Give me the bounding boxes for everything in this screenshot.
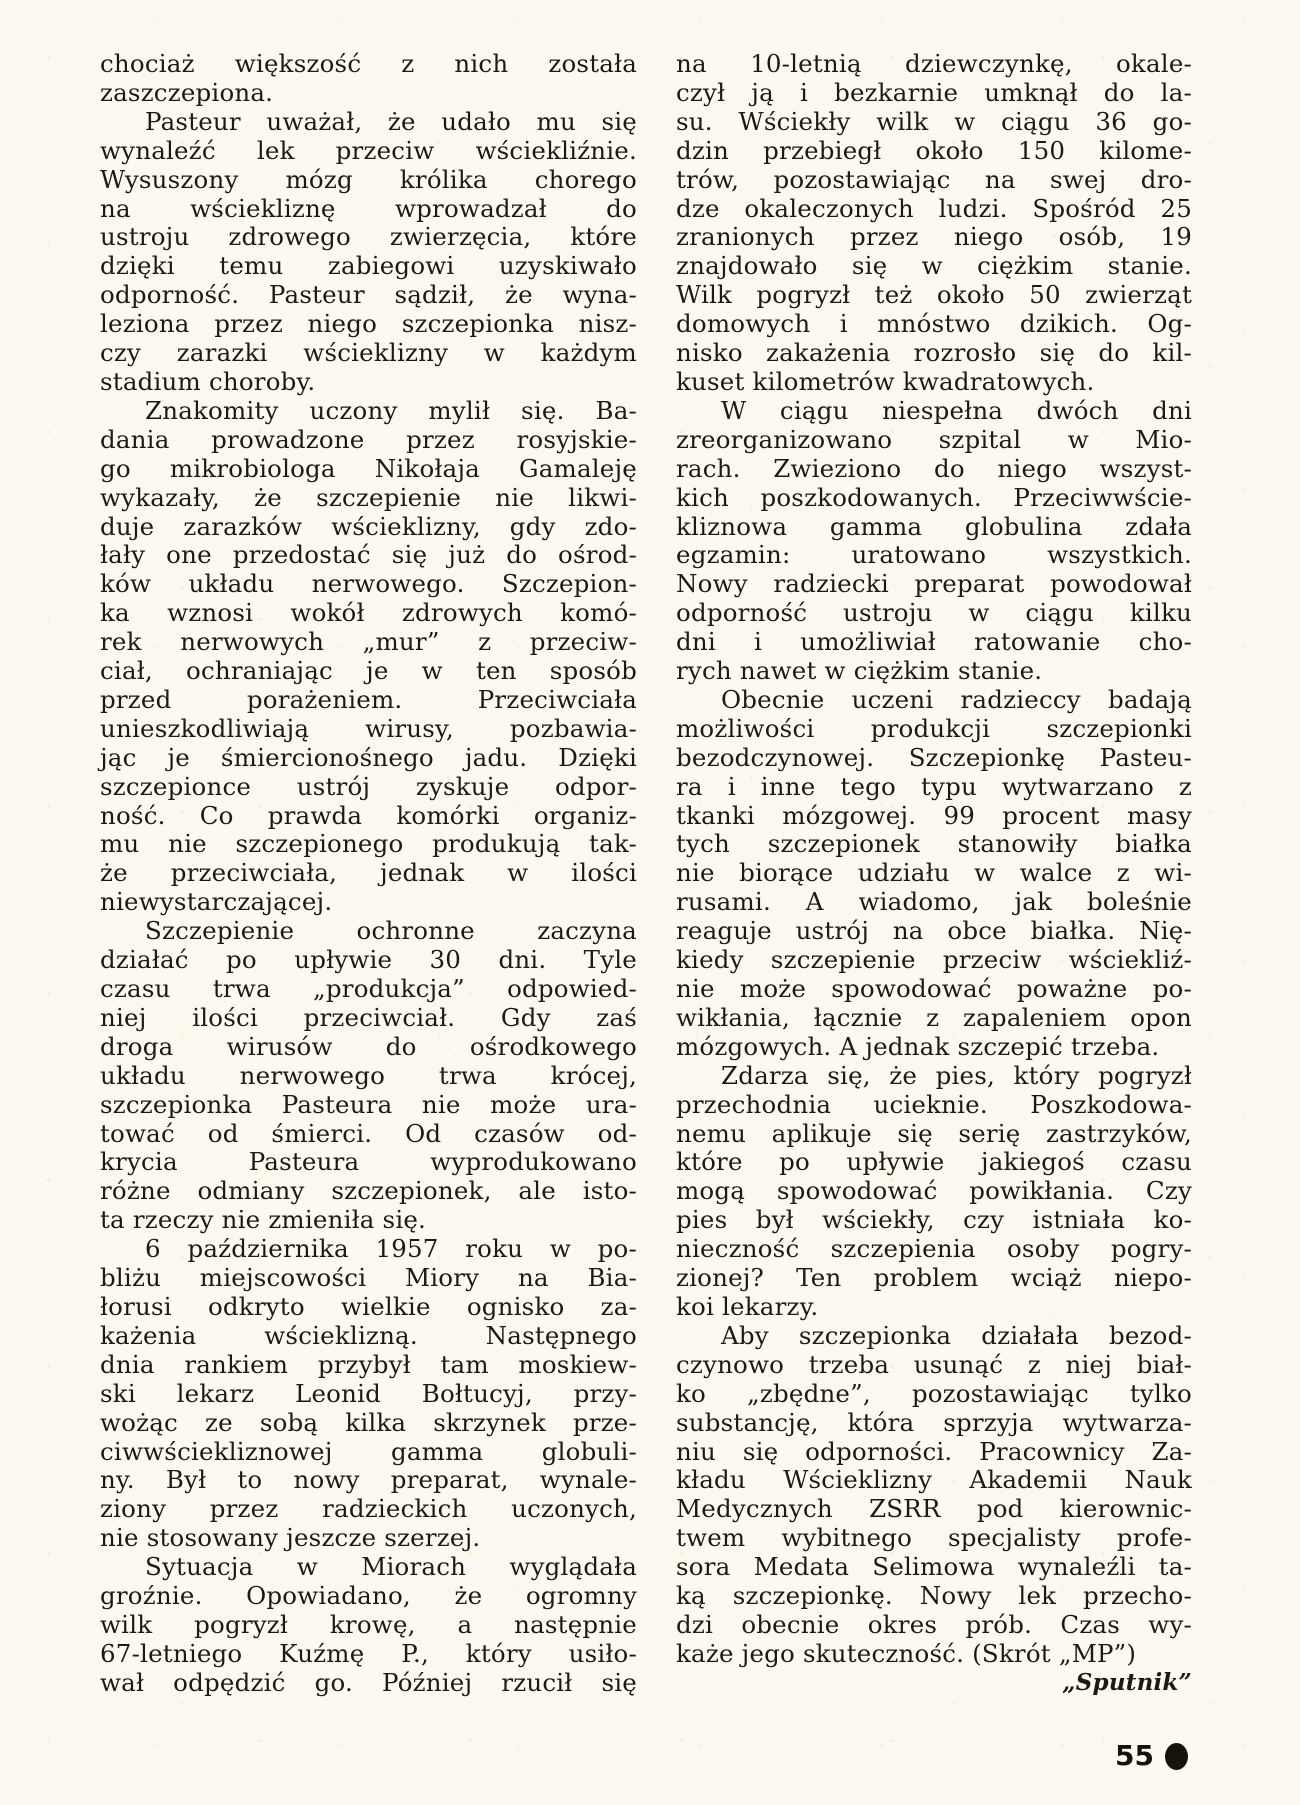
text-line: szczepionce ustrój zyskuje odpor-	[100, 773, 637, 802]
text-line: jąc je śmiercionośnego jadu. Dzięki	[100, 744, 637, 773]
text-line: su. Wściekły wilk w ciągu 36 go-	[676, 108, 1192, 137]
text-line: nie biorące udziału w walce z wi-	[676, 859, 1192, 888]
text-line: ność. Co prawda komórki organiz-	[100, 802, 637, 831]
text-line: ustroju zdrowego zwierzęcia, które	[100, 223, 637, 252]
text-line: dzin przebiegł około 150 kilome-	[676, 137, 1192, 166]
text-line: odporność ustroju w ciągu kilku	[676, 599, 1192, 628]
text-line: Sytuacja w Miorach wyglądała	[100, 1553, 637, 1582]
page-number: 55	[1115, 1742, 1154, 1770]
text-line: bliżu miejscowości Miory na Bia-	[100, 1264, 637, 1293]
text-line: zreorganizowano szpital w Mio-	[676, 426, 1192, 455]
text-line: łorusi odkryto wielkie ognisko za-	[100, 1293, 637, 1322]
text-column-right: na 10-letnią dziewczynkę, okale-czył ją …	[676, 50, 1192, 1698]
text-line: ra i inne tego typu wytwarzano z	[676, 773, 1192, 802]
magazine-page: chociaż większość z nich zostałazaszczep…	[0, 0, 1300, 1805]
text-line: sora Medata Selimowa wynaleźli ta-	[676, 1553, 1192, 1582]
text-line: czynowo trzeba usunąć z niej biał-	[676, 1351, 1192, 1380]
text-line: chociaż większość z nich została	[100, 50, 637, 79]
text-line: Medycznych ZSRR pod kierownic-	[676, 1495, 1192, 1524]
text-line: koi lekarzy.	[676, 1293, 1192, 1322]
text-line: Zdarza się, że pies, który pogryzł	[676, 1062, 1192, 1091]
text-line: różne odmiany szczepionek, ale isto-	[100, 1177, 637, 1206]
text-line: nie może spowodować poważne po-	[676, 975, 1192, 1004]
text-line: W ciągu niespełna dwóch dni	[676, 397, 1192, 426]
text-line: przed porażeniem. Przeciwciała	[100, 686, 637, 715]
text-line: ciwwściekliznowej gamma globuli-	[100, 1438, 637, 1467]
text-line: kliznowa gamma globulina zdała	[676, 513, 1192, 542]
text-line: domowych i mnóstwo dzikich. Og-	[676, 310, 1192, 339]
text-line: Pasteur uważał, że udało mu się	[100, 108, 637, 137]
text-line: Aby szczepionka działała bezod-	[676, 1322, 1192, 1351]
text-line: pies był wściekły, czy istniała ko-	[676, 1206, 1192, 1235]
text-line: rach. Zwieziono do niego wszyst-	[676, 455, 1192, 484]
text-line: układu nerwowego trwa krócej,	[100, 1062, 637, 1091]
text-line: mózgowych. A jednak szczepić trzeba.	[676, 1033, 1192, 1062]
text-line: wilk pogryzł krowę, a następnie	[100, 1611, 637, 1640]
text-line: tkanki mózgowej. 99 procent masy	[676, 802, 1192, 831]
text-line: duje zarazków wścieklizny, gdy zdo-	[100, 513, 637, 542]
text-line: na 10-letnią dziewczynkę, okale-	[676, 50, 1192, 79]
text-line: reaguje ustrój na obce białka. Nię-	[676, 917, 1192, 946]
text-line: kich poszkodowanych. Przeciwwście-	[676, 484, 1192, 513]
text-line: bezodczynowej. Szczepionkę Pasteu-	[676, 744, 1192, 773]
text-line: wikłania, łącznie z zapaleniem opon	[676, 1004, 1192, 1033]
text-line: krycia Pasteura wyprodukowano	[100, 1148, 637, 1177]
text-line: ka wznosi wokół zdrowych komó-	[100, 599, 637, 628]
text-line: rych nawet w ciężkim stanie.	[676, 657, 1192, 686]
text-line: rusami. A wiadomo, jak boleśnie	[676, 888, 1192, 917]
text-line: substancję, która sprzyja wytwarza-	[676, 1409, 1192, 1438]
text-line: nisko zakażenia rozrosło się do kil-	[676, 339, 1192, 368]
text-line: unieszkodliwiają wirusy, pozbawia-	[100, 715, 637, 744]
text-line: czy zarazki wścieklizny w każdym	[100, 339, 637, 368]
text-line: Nowy radziecki preparat powodował	[676, 570, 1192, 599]
text-line: 67-letniego Kuźmę P., który usiło-	[100, 1640, 637, 1669]
text-line: każenia wścieklizną. Następnego	[100, 1322, 637, 1351]
text-line: działać po upływie 30 dni. Tyle	[100, 946, 637, 975]
text-line: nemu aplikuje się serię zastrzyków,	[676, 1120, 1192, 1149]
text-line: stadium choroby.	[100, 368, 637, 397]
text-line: dzięki temu zabiegowi uzyskiwało	[100, 252, 637, 281]
text-line: czył ją i bezkarnie umknął do la-	[676, 79, 1192, 108]
text-line: znajdowało się w ciężkim stanie.	[676, 252, 1192, 281]
text-line: 6 października 1957 roku w po-	[100, 1235, 637, 1264]
text-line: rek nerwowych „mur” z przeciw-	[100, 628, 637, 657]
text-line: Obecnie uczeni radzieccy badają	[676, 686, 1192, 715]
text-line: ta rzeczy nie zmieniła się.	[100, 1206, 637, 1235]
page-footer: 55	[1115, 1742, 1188, 1770]
text-line: niu się odporności. Pracownicy Za-	[676, 1438, 1192, 1467]
text-line: ką szczepionkę. Nowy lek przecho-	[676, 1582, 1192, 1611]
text-line: leziona przez niego szczepionka nisz-	[100, 310, 637, 339]
text-line: na wściekliznę wprowadzał do	[100, 195, 637, 224]
text-line: kiedy szczepienie przeciw wściekliź-	[676, 946, 1192, 975]
text-line: Wilk pogryzł też około 50 zwierząt	[676, 281, 1192, 310]
text-line: odporność. Pasteur sądził, że wyna-	[100, 281, 637, 310]
attribution-line: „Sputnik”	[676, 1669, 1192, 1698]
text-line: zranionych przez niego osób, 19	[676, 223, 1192, 252]
text-line: przechodnia ucieknie. Poszkodowa-	[676, 1091, 1192, 1120]
text-line: droga wirusów do ośrodkowego	[100, 1033, 637, 1062]
text-line: ny. Był to nowy preparat, wynale-	[100, 1466, 637, 1495]
text-line: zaszczepiona.	[100, 79, 637, 108]
text-line: groźnie. Opowiadano, że ogromny	[100, 1582, 637, 1611]
text-line: niej ilości przeciwciał. Gdy zaś	[100, 1004, 637, 1033]
page-marker-dot	[1165, 1743, 1188, 1770]
text-line: ski lekarz Leonid Bołtucyj, przy-	[100, 1380, 637, 1409]
text-line: ków układu nerwowego. Szczepion-	[100, 570, 637, 599]
text-line: trów, pozostawiając na swej dro-	[676, 166, 1192, 195]
text-line: Znakomity uczony mylił się. Ba-	[100, 397, 637, 426]
text-line: dania prowadzone przez rosyjskie-	[100, 426, 637, 455]
text-line: nieczność szczepienia osoby pogry-	[676, 1235, 1192, 1264]
text-line: wynaleźć lek przeciw wściekliźnie.	[100, 137, 637, 166]
text-line: dni i umożliwiał ratowanie cho-	[676, 628, 1192, 657]
text-line: dnia rankiem przybył tam moskiew-	[100, 1351, 637, 1380]
text-line: dze okaleczonych ludzi. Spośród 25	[676, 195, 1192, 224]
text-line: które po upływie jakiegoś czasu	[676, 1148, 1192, 1177]
text-line: szczepionka Pasteura nie może ura-	[100, 1091, 637, 1120]
text-line: kładu Wścieklizny Akademii Nauk	[676, 1466, 1192, 1495]
text-line: go mikrobiologa Nikołaja Gamaleję	[100, 455, 637, 484]
text-line: ziony przez radzieckich uczonych,	[100, 1495, 637, 1524]
text-line: czasu trwa „produkcja” odpowied-	[100, 975, 637, 1004]
text-line: że przeciwciała, jednak w ilości	[100, 859, 637, 888]
text-line: mu nie szczepionego produkują tak-	[100, 830, 637, 859]
text-line: kuset kilometrów kwadratowych.	[676, 368, 1192, 397]
text-line: ko „zbędne”, pozostawiając tylko	[676, 1380, 1192, 1409]
text-line: zionej? Ten problem wciąż niepo-	[676, 1264, 1192, 1293]
text-line: tych szczepionek stanowiły białka	[676, 830, 1192, 859]
text-line: dzi obecnie okres prób. Czas wy-	[676, 1611, 1192, 1640]
text-column-left: chociaż większość z nich zostałazaszczep…	[100, 50, 637, 1698]
text-line: możliwości produkcji szczepionki	[676, 715, 1192, 744]
text-line: ciał, ochraniając je w ten sposób	[100, 657, 637, 686]
text-line: mogą spowodować powikłania. Czy	[676, 1177, 1192, 1206]
text-line: nie stosowany jeszcze szerzej.	[100, 1524, 637, 1553]
text-line: wał odpędzić go. Później rzucił się	[100, 1669, 637, 1698]
text-line: niewystarczającej.	[100, 888, 637, 917]
text-line: każe jego skuteczność. (Skrót „MP”)	[676, 1640, 1192, 1669]
text-line: wożąc ze sobą kilka skrzynek prze-	[100, 1409, 637, 1438]
text-line: łały one przedostać się już do ośrod-	[100, 541, 637, 570]
text-line: Wysuszony mózg królika chorego	[100, 166, 637, 195]
text-line: Szczepienie ochronne zaczyna	[100, 917, 637, 946]
text-line: egzamin: uratowano wszystkich.	[676, 541, 1192, 570]
text-line: twem wybitnego specjalisty profe-	[676, 1524, 1192, 1553]
text-line: wykazały, że szczepienie nie likwi-	[100, 484, 637, 513]
text-line: tować od śmierci. Od czasów od-	[100, 1120, 637, 1149]
